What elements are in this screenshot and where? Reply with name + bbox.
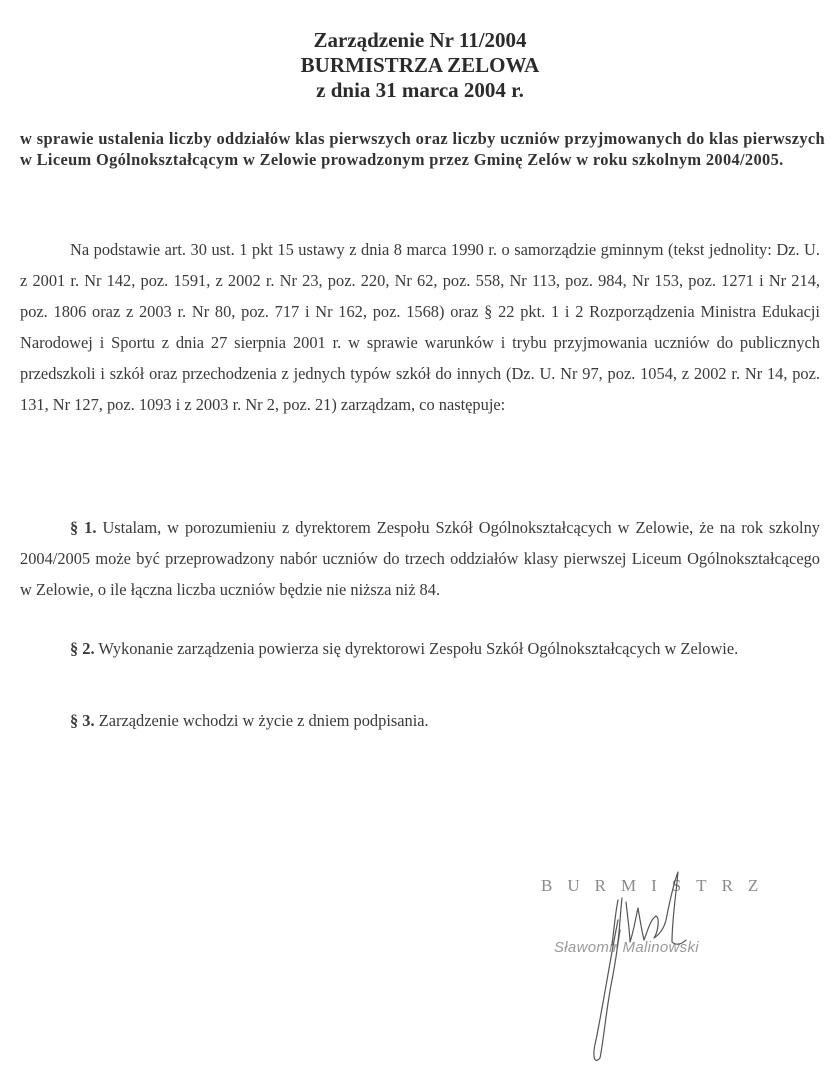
legal-basis-paragraph: Na podstawie art. 30 ust. 1 pkt 15 ustaw… [20,234,820,420]
section-label: § 2. [70,639,95,658]
section-text: Zarządzenie wchodzi w życie z dniem podp… [99,711,429,730]
section-text: Ustalam, w porozumieniu z dyrektorem Zes… [20,518,820,599]
section-label: § 3. [70,711,95,730]
ordinance-number: Zarządzenie Nr 11/2004 [0,28,840,53]
section-3: § 3. Zarządzenie wchodzi w życie z dniem… [20,705,820,736]
section-label: § 1. [70,518,96,537]
ordinance-subject: w sprawie ustalenia liczby oddziałów kla… [20,128,825,170]
document-header: Zarządzenie Nr 11/2004 BURMISTRZA ZELOWA… [0,28,840,103]
ordinance-date: z dnia 31 marca 2004 r. [0,78,840,103]
handwritten-signature-icon [560,860,720,1070]
preamble-text: Na podstawie art. 30 ust. 1 pkt 15 ustaw… [20,240,820,414]
section-2: § 2. Wykonanie zarządzenia powierza się … [20,633,820,664]
section-text: Wykonanie zarządzenia powierza się dyrek… [98,639,738,658]
issuing-authority: BURMISTRZA ZELOWA [0,53,840,78]
section-1: § 1. Ustalam, w porozumieniu z dyrektore… [20,512,820,605]
